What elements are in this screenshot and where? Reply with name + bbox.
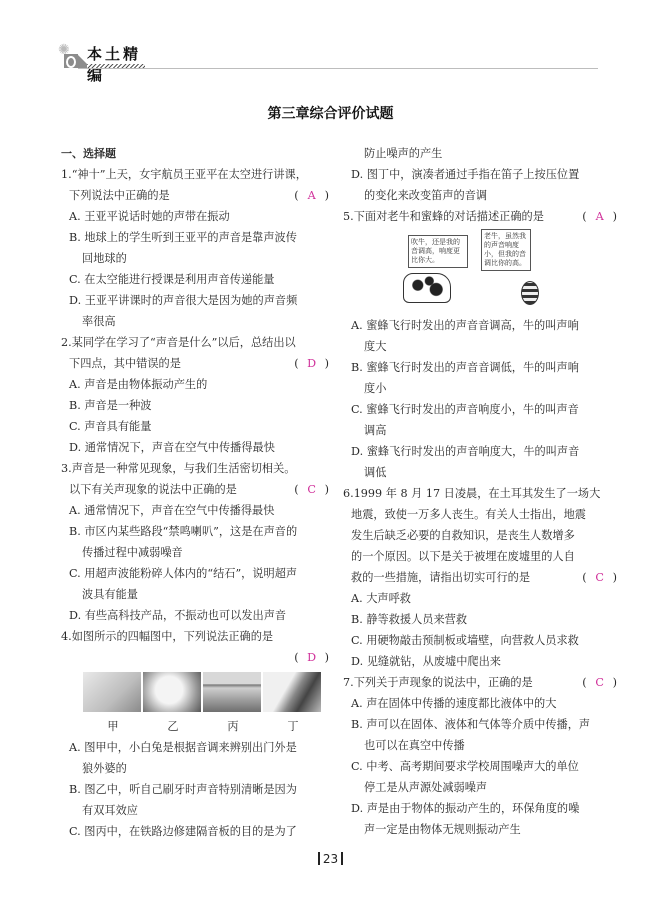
option-d: D. 声是由于物体的振动产生的，环保角度的噪 (343, 798, 621, 819)
question-7: 7.下列关于声现象的说法中，正确的是 (C) A. 声在固体中传播的速度都比液体… (343, 672, 621, 840)
question-stem: 7.下列关于声现象的说法中，正确的是 (C) (343, 672, 621, 693)
answer-letter: D (299, 647, 325, 668)
option-a: A. 图甲中，小白兔是根据音调来辨别出门外是 (61, 737, 333, 758)
option-c-cont: 防止噪声的产生 (343, 143, 621, 164)
question-stem: 5.下面对老牛和蜜蜂的对话描述正确的是 (A) (343, 206, 621, 227)
bee-speech-bubble: 老牛，虽然我的声音响度小，但我的音调比你的高。 (481, 229, 531, 271)
question-stem: 地震，致使一万多人丧生。有关人士指出，地震 (343, 504, 621, 525)
answer-letter: C (587, 672, 613, 693)
option-a: A. 通常情况下，声音在空气中传播得最快 (61, 500, 333, 521)
option-a: A. 大声呼救 (343, 588, 621, 609)
answer-letter: C (299, 479, 325, 500)
cow-speech-bubble: 吹牛，还是我的音调高，响度更比你大。 (408, 235, 468, 268)
question-4: 4.如图所示的四幅图中，下列说法正确的是 (D) 甲 乙 丙 丁 A. 图甲中，… (61, 626, 333, 842)
option-a-cont: 度大 (343, 336, 621, 357)
answer-bracket: (A) (294, 185, 329, 206)
bee-icon (521, 281, 539, 305)
question-stem: 4.如图所示的四幅图中，下列说法正确的是 (61, 626, 333, 647)
option-d: D. 蜜蜂飞行时发出的声音响度大，牛的叫声音 (343, 441, 621, 462)
option-d: D. 有些高科技产品，不振动也可以发出声音 (61, 605, 333, 626)
question-1: 1.“神十”上天，女宇航员王亚平在太空进行讲课， 下列说法中正确的是 (A) A… (61, 164, 333, 332)
answer-bracket: (C) (582, 567, 617, 588)
section-heading: 一、选择题 (61, 143, 333, 164)
option-b-cont: 也可以在真空中传播 (343, 735, 621, 756)
figure-bing-image (203, 672, 261, 712)
option-c-cont: 波具有能量 (61, 584, 333, 605)
question-4-figures (83, 672, 333, 712)
option-b-cont: 回地球的 (61, 248, 333, 269)
option-c: C. 声音具有能量 (61, 416, 333, 437)
question-stem: 1.“神十”上天，女宇航员王亚平在太空进行讲课， (61, 164, 333, 185)
option-c: C. 图丙中，在铁路边修建隔音板的目的是为了 (61, 821, 333, 842)
option-a-cont: 狼外婆的 (61, 758, 333, 779)
option-b-cont: 度小 (343, 378, 621, 399)
question-stem: 下四点，其中错误的是 (D) (61, 353, 333, 374)
cow-bee-figure: 吹牛，还是我的音调高，响度更比你大。 老牛，虽然我的声音响度小，但我的音调比你的… (403, 229, 563, 309)
option-a: A. 蜜蜂飞行时发出的声音音调高，牛的叫声响 (343, 315, 621, 336)
option-a: A. 声音是由物体振动产生的 (61, 374, 333, 395)
option-b: B. 声音是一种波 (61, 395, 333, 416)
option-b: B. 市区内某些路段“禁鸣喇叭”，这是在声音的 (61, 521, 333, 542)
option-d: D. 见缝就钻，从废墟中爬出来 (343, 651, 621, 672)
option-c: C. 蜜蜂飞行时发出的声音响度小，牛的叫声音 (343, 399, 621, 420)
answer-bracket: (D) (294, 353, 329, 374)
option-c-cont: 调高 (343, 420, 621, 441)
figure-jia-image (83, 672, 141, 712)
option-d-cont: 的变化来改变笛声的音调 (343, 185, 621, 206)
option-a: A. 声在固体中传播的速度都比液体中的大 (343, 693, 621, 714)
option-d-cont: 调低 (343, 462, 621, 483)
question-stem: 3.声音是一种常见现象，与我们生活密切相关。 (61, 458, 333, 479)
question-stem: 下列说法中正确的是 (A) (61, 185, 333, 206)
question-stem: 以下有关声现象的说法中正确的是 (C) (61, 479, 333, 500)
page-number-bar (341, 852, 343, 865)
option-b: B. 静等救援人员来营救 (343, 609, 621, 630)
header-rule (78, 68, 598, 69)
answer-letter: D (299, 353, 325, 374)
option-b: B. 声可以在固体、液体和气体等介质中传播，声 (343, 714, 621, 735)
page-number-bar (318, 852, 320, 865)
answer-letter: A (587, 206, 613, 227)
option-a: A. 王亚平说话时她的声带在振动 (61, 206, 333, 227)
question-6: 6.1999 年 8 月 17 日凌晨，在土耳其发生了一场大 地震，致使一万多人… (343, 483, 621, 672)
question-3: 3.声音是一种常见现象，与我们生活密切相关。 以下有关声现象的说法中正确的是 (… (61, 458, 333, 626)
option-c: C. 用超声波能粉碎人体内的“结石”，说明超声 (61, 563, 333, 584)
option-d: D. 通常情况下，声音在空气中传播得最快 (61, 437, 333, 458)
left-column: 一、选择题 1.“神十”上天，女宇航员王亚平在太空进行讲课， 下列说法中正确的是… (61, 143, 333, 842)
option-b: B. 地球上的学生听到王亚平的声音是靠声波传 (61, 227, 333, 248)
figure-ding-image (263, 672, 321, 712)
question-stem: 救的一些措施，请指出切实可行的是 (C) (343, 567, 621, 588)
option-c: C. 用硬物敲击预制板或墙壁，向营救人员求救 (343, 630, 621, 651)
figure-labels: 甲 乙 丙 丁 (83, 716, 333, 737)
question-stem: 2.某同学在学习了“声音是什么”以后，总结出以 (61, 332, 333, 353)
cow-icon (403, 273, 451, 303)
question-2: 2.某同学在学习了“声音是什么”以后，总结出以 下四点，其中错误的是 (D) A… (61, 332, 333, 458)
answer-bracket: (C) (582, 672, 617, 693)
circle-icon (66, 56, 76, 68)
option-d: D. 图丁中，演凑者通过手指在笛子上按压位置 (343, 164, 621, 185)
answer-letter: A (299, 185, 325, 206)
option-c-cont: 停工是从声源处减弱噪声 (343, 777, 621, 798)
option-b: B. 蜜蜂飞行时发出的声音音调低，牛的叫声响 (343, 357, 621, 378)
option-d-cont: 声一定是由物体无规则振动产生 (343, 819, 621, 840)
page-number: 23 (0, 852, 661, 866)
option-d: D. 王亚平讲课时的声音很大是因为她的声音频 (61, 290, 333, 311)
figure-yi-image (143, 672, 201, 712)
answer-bracket: (D) (294, 647, 329, 668)
answer-letter: C (587, 567, 613, 588)
option-b-cont: 传播过程中减弱噪音 (61, 542, 333, 563)
option-c: C. 中考、高考期间要求学校周围噪声大的单位 (343, 756, 621, 777)
question-stem: 发生后缺乏必要的自救知识，是丧生人数增多 (343, 525, 621, 546)
answer-bracket: (A) (582, 206, 617, 227)
page-title: 第三章综合评价试题 (0, 103, 661, 123)
question-5: 5.下面对老牛和蜜蜂的对话描述正确的是 (A) 吹牛，还是我的音调高，响度更比你… (343, 206, 621, 483)
question-stem: 6.1999 年 8 月 17 日凌晨，在土耳其发生了一场大 (343, 483, 621, 504)
question-stem: 的一个原因。以下是关于被埋在废墟里的人自 (343, 546, 621, 567)
option-b: B. 图乙中，听自己刷牙时声音特别清晰是因为 (61, 779, 333, 800)
option-d-cont: 率很高 (61, 311, 333, 332)
question-answer-line: (D) (61, 647, 333, 668)
option-b-cont: 有双耳效应 (61, 800, 333, 821)
option-c: C. 在太空能进行授课是利用声音传递能量 (61, 269, 333, 290)
right-column: 防止噪声的产生 D. 图丁中，演凑者通过手指在笛子上按压位置 的变化来改变笛声的… (343, 143, 621, 840)
answer-bracket: (C) (294, 479, 329, 500)
